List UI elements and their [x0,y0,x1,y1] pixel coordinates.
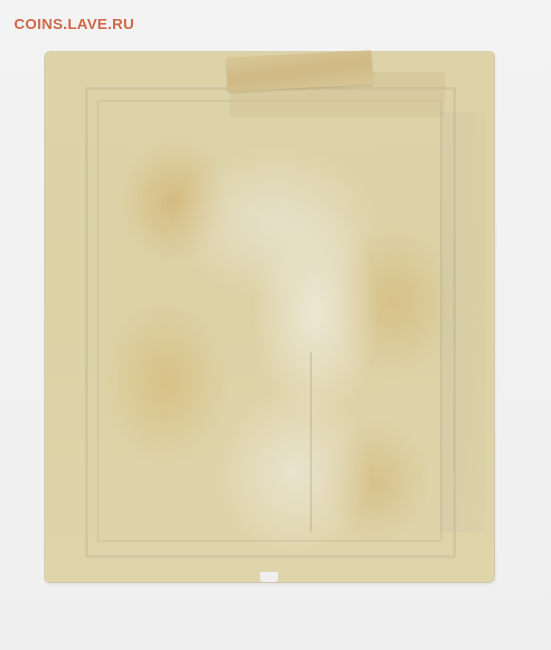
stamp-back [45,52,494,582]
edge-notch [260,572,278,582]
show-through-inner-frame [97,100,442,542]
image-canvas: COINS.LAVE.RU [0,0,551,650]
paper-crease [310,352,312,532]
right-shadow-strip [440,112,485,532]
site-watermark: COINS.LAVE.RU [14,16,134,33]
